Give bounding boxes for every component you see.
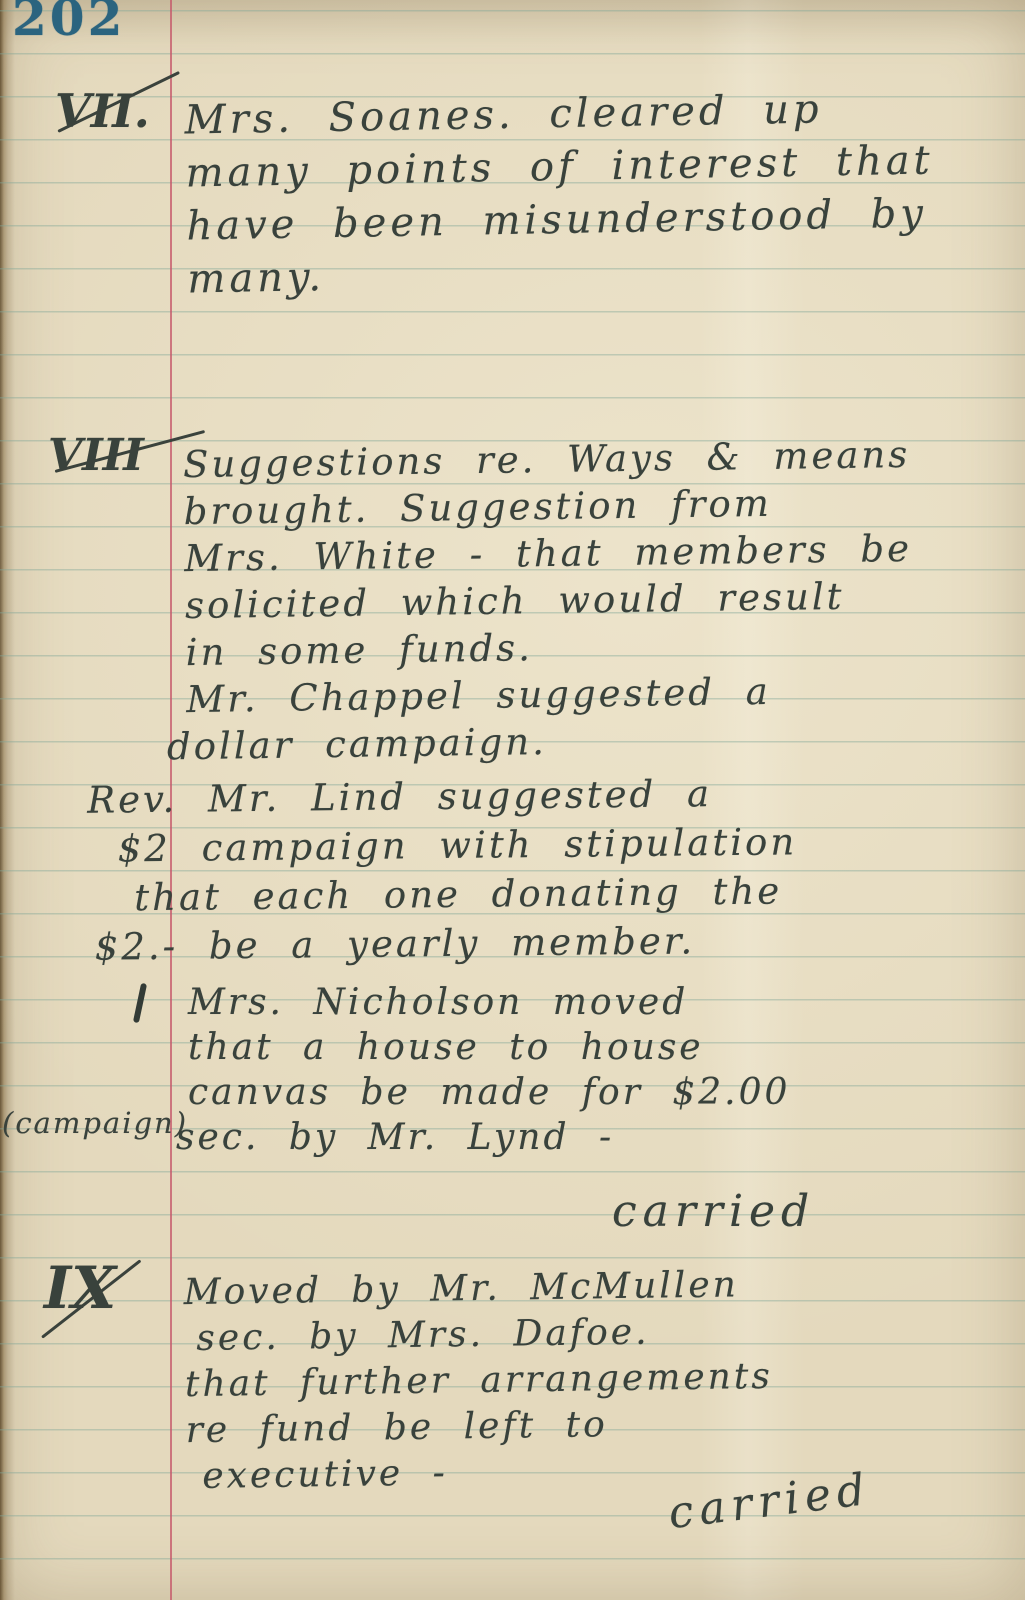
handwriting-line: $2.- be a yearly member.: [95, 915, 799, 971]
minute-entry-ix: Moved by Mr. McMullen sec. by Mrs. Dafoe…: [183, 1262, 774, 1500]
handwriting-line: that each one donating the: [134, 866, 798, 922]
handwriting-line: Moved by Mr. McMullen: [183, 1262, 771, 1316]
page-number-stamp: 202: [12, 0, 125, 47]
notebook-page: 202 VII. Mrs. Soanes. cleared up many po…: [0, 0, 1025, 1600]
handwriting-line: Rev. Mr. Lind suggested a: [87, 768, 797, 824]
handwriting-line: dollar campaign.: [167, 713, 915, 770]
section-numeral-viii: VIII: [48, 430, 144, 481]
handwriting-line: that further arrangements: [185, 1354, 773, 1408]
minute-entry-nicholson: Mrs. Nicholson moved that a house to hou…: [188, 980, 790, 1160]
handwriting-line: sec. by Mrs. Dafoe.: [196, 1308, 772, 1362]
handwriting-line: sec. by Mr. Lynd -: [176, 1115, 790, 1160]
handwriting-line: $2 campaign with stipulation: [118, 817, 798, 873]
margin-tick-mark: [133, 983, 147, 1023]
minute-entry-viii: Suggestions re. Ways & means brought. Su…: [183, 431, 915, 770]
handwriting-line: re fund be left to: [185, 1400, 773, 1454]
minute-entry-lind: Rev. Mr. Lind suggested a $2 campaign wi…: [87, 768, 798, 971]
handwriting-line: canvas be made for $2.00: [188, 1070, 790, 1115]
handwriting-line: Mrs. Nicholson moved: [188, 980, 790, 1025]
carried-annotation-1: carried: [612, 1186, 815, 1237]
handwriting-line: that a house to house: [188, 1025, 790, 1070]
minute-entry-vii: Mrs. Soanes. cleared up many points of i…: [184, 81, 936, 306]
campaign-margin-note: (campaign): [2, 1106, 188, 1140]
